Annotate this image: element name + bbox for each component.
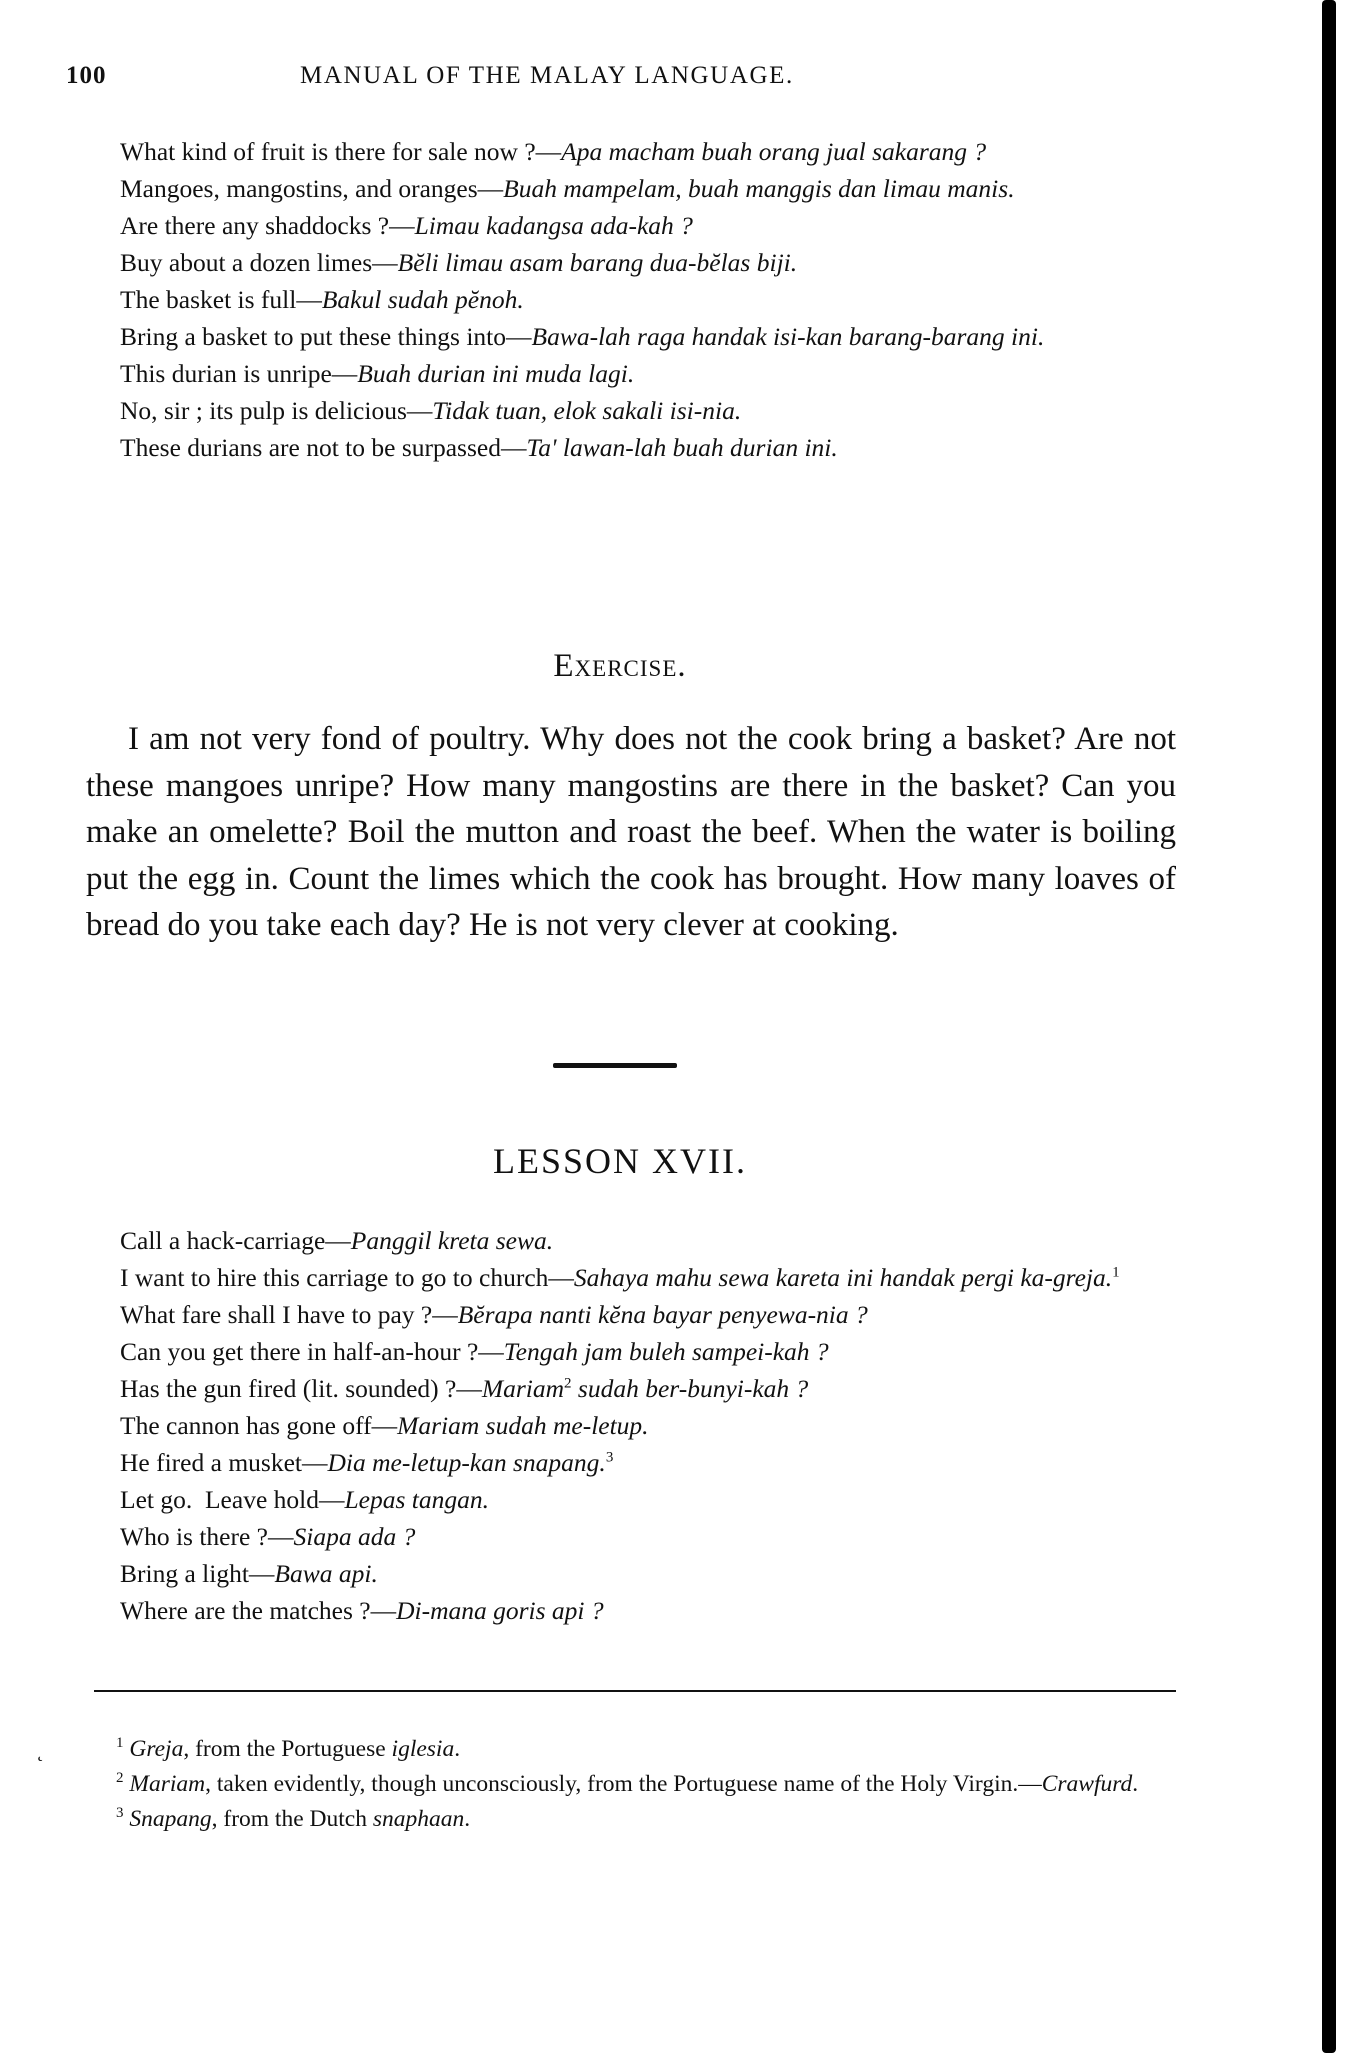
phrase-item: This durian is unripe—Buah durian ini mu… bbox=[120, 355, 1180, 392]
binding-edge-shadow bbox=[1322, 0, 1336, 2053]
footnote-2: 2 Mariam, taken evidently, though uncons… bbox=[88, 1767, 1178, 1802]
lesson-heading: LESSON XVII. bbox=[0, 1140, 1240, 1182]
phrase-item: The basket is full—Bakul sudah pĕnoh. bbox=[120, 281, 1180, 318]
footnote-3: 3 Snapang, from the Dutch snaphaan. bbox=[88, 1802, 1178, 1837]
footnotes: 1 Greja, from the Portuguese iglesia. 2 … bbox=[88, 1732, 1178, 1837]
phrase-item: Can you get there in half-an-hour ?—Teng… bbox=[120, 1333, 1180, 1370]
phrase-item: The cannon has gone off—Mariam sudah me-… bbox=[120, 1407, 1180, 1444]
phrase-item: I want to hire this carriage to go to ch… bbox=[120, 1259, 1180, 1296]
phrase-item: Bring a basket to put these things into—… bbox=[120, 318, 1180, 355]
phrase-item: He fired a musket—Dia me-letup-kan snapa… bbox=[120, 1444, 1180, 1481]
running-header: 100 MANUAL OF THE MALAY LANGUAGE. bbox=[66, 62, 1186, 98]
running-title: MANUAL OF THE MALAY LANGUAGE. bbox=[300, 62, 794, 90]
phrase-list-fruit: What kind of fruit is there for sale now… bbox=[120, 133, 1180, 466]
footnote-ref: 3 bbox=[606, 1450, 614, 1466]
phrase-item: These durians are not to be surpassed—Ta… bbox=[120, 429, 1180, 466]
phrase-list-lesson: Call a hack-carriage—Panggil kreta sewa.… bbox=[120, 1222, 1180, 1629]
book-page: 100 MANUAL OF THE MALAY LANGUAGE. What k… bbox=[0, 0, 1356, 2053]
phrase-item: Has the gun fired (lit. sounded) ?—Maria… bbox=[120, 1370, 1180, 1407]
phrase-item: What kind of fruit is there for sale now… bbox=[120, 133, 1180, 170]
phrase-item: What fare shall I have to pay ?—Bĕrapa n… bbox=[120, 1296, 1180, 1333]
footnote-1: 1 Greja, from the Portuguese iglesia. bbox=[88, 1732, 1178, 1767]
phrase-item: Are there any shaddocks ?—Limau kadangsa… bbox=[120, 207, 1180, 244]
phrase-item: Let go. Leave hold—Lepas tangan. bbox=[120, 1481, 1180, 1518]
footnote-rule bbox=[94, 1690, 1176, 1692]
phrase-item: Who is there ?—Siapa ada ? bbox=[120, 1518, 1180, 1555]
page-number: 100 bbox=[66, 62, 107, 90]
phrase-item: Mangoes, mangostins, and oranges—Buah ma… bbox=[120, 170, 1180, 207]
exercise-heading: Exercise. bbox=[0, 648, 1240, 685]
footnote-ref: 2 bbox=[564, 1376, 572, 1392]
section-divider bbox=[553, 1063, 677, 1068]
phrase-item: Where are the matches ?—Di-mana goris ap… bbox=[120, 1592, 1180, 1629]
stray-print-mark: ˛ bbox=[37, 1740, 44, 1763]
footnote-ref: 1 bbox=[1112, 1265, 1120, 1281]
phrase-item: Buy about a dozen limes—Bĕli limau asam … bbox=[120, 244, 1180, 281]
phrase-item: Call a hack-carriage—Panggil kreta sewa. bbox=[120, 1222, 1180, 1259]
phrase-item: Bring a light—Bawa api. bbox=[120, 1555, 1180, 1592]
phrase-item: No, sir ; its pulp is delicious—Tidak tu… bbox=[120, 392, 1180, 429]
exercise-paragraph: I am not very fond of poultry. Why does … bbox=[86, 716, 1176, 949]
